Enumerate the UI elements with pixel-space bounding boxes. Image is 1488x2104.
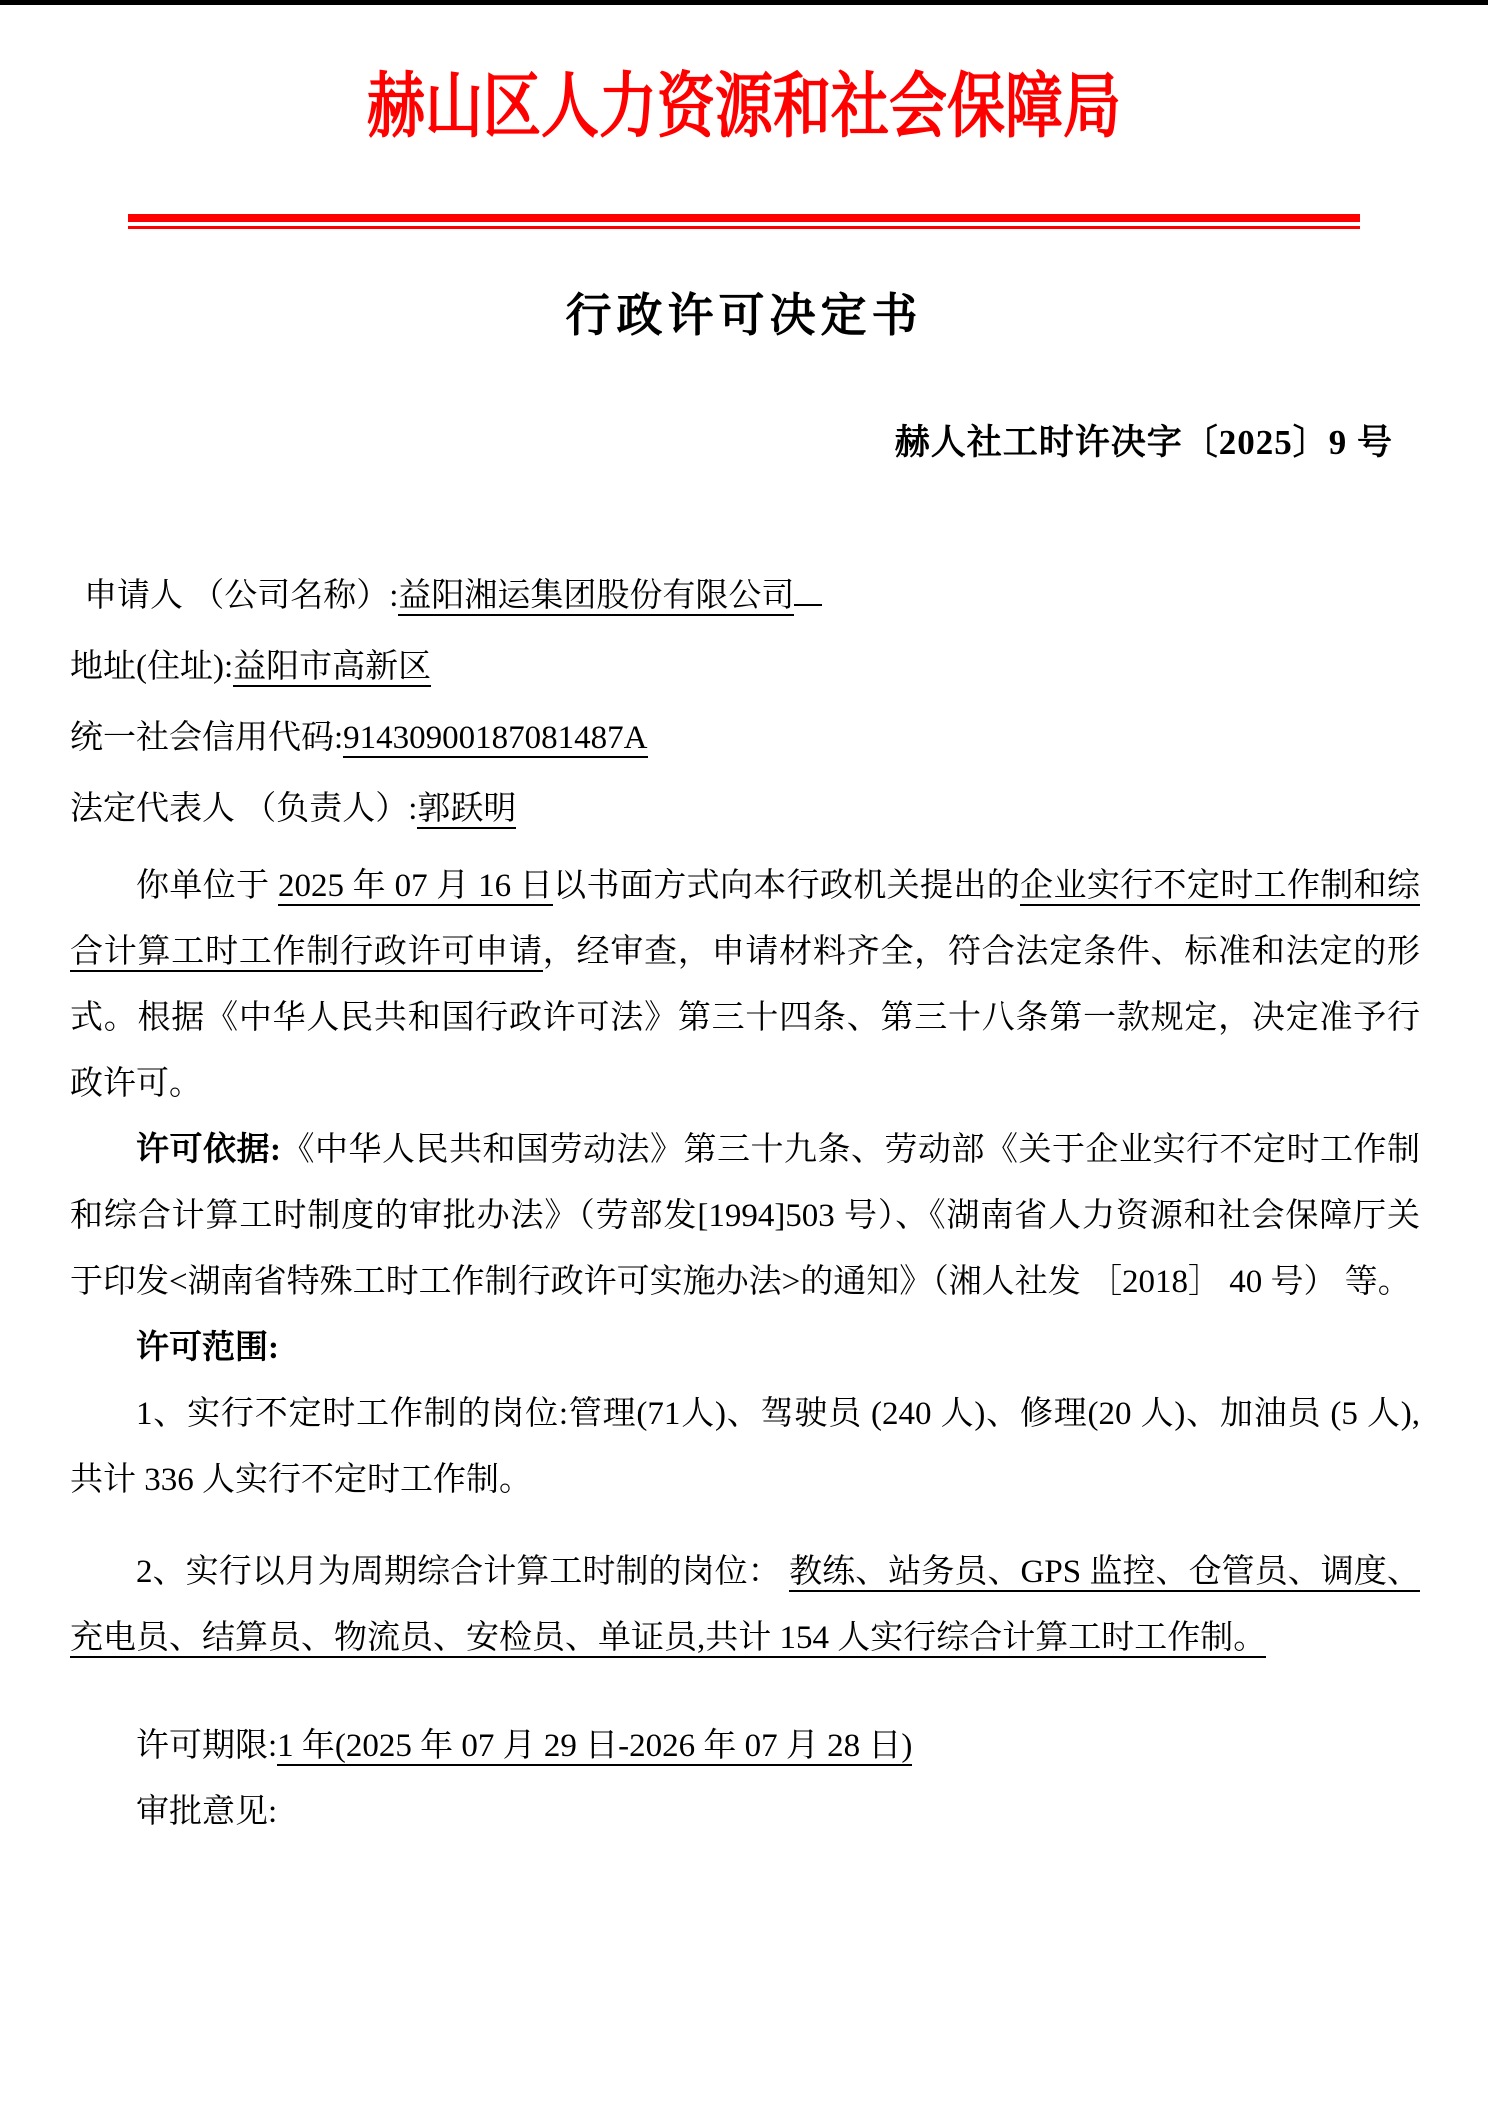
document-title: 行政许可决定书 xyxy=(0,279,1488,345)
application-text-1: 你单位于 xyxy=(136,868,278,904)
decision-body: 你单位于 2025 年 07 月 16 日以书面方式向本行政机关提出的企业实行不… xyxy=(70,853,1420,1845)
applicant-name-label: 申请人 （公司名称）: xyxy=(84,578,398,614)
legal-representative-value: 郭跃明 xyxy=(417,791,516,829)
applicant-info-block: 申请人 （公司名称）:益阳湘运集团股份有限公司 地址(住址):益阳市高新区 统一… xyxy=(70,561,1420,845)
scope-item-2-text: 2、实行以月为周期综合计算工时制的岗位： xyxy=(136,1554,789,1590)
applicant-address-value: 益阳市高新区 xyxy=(233,649,431,687)
license-term-label: 许可期限: xyxy=(136,1728,277,1764)
applicant-address-line: 地址(住址):益阳市高新区 xyxy=(70,632,1420,703)
legal-representative-label: 法定代表人 （负责人）: xyxy=(70,791,417,827)
page-top-border xyxy=(0,0,1488,5)
applicant-address-label: 地址(住址): xyxy=(70,649,233,685)
license-scope-heading: 许可范围: xyxy=(70,1315,1420,1381)
applicant-name-underline-extension xyxy=(794,575,822,607)
license-term-value-underlined: 1 年(2025 年 07 月 29 日-2026 年 07 月 28 日) xyxy=(277,1728,912,1766)
credit-code-label: 统一社会信用代码: xyxy=(70,720,343,756)
legal-representative-line: 法定代表人 （负责人）:郭跃明 xyxy=(70,774,1420,845)
application-paragraph: 你单位于 2025 年 07 月 16 日以书面方式向本行政机关提出的企业实行不… xyxy=(70,853,1420,1117)
scope-item-1: 1、实行不定时工作制的岗位:管理(71人)、驾驶员 (240 人)、修理(20 … xyxy=(70,1381,1420,1513)
application-date-underlined: 2025 年 07 月 16 日 xyxy=(278,868,553,906)
approval-opinion-line: 审批意见: xyxy=(70,1779,1420,1845)
issuing-authority-title: 赫山区人力资源和社会保障局 xyxy=(0,61,1488,153)
license-scope-label: 许可范围: xyxy=(136,1330,279,1366)
license-basis-paragraph: 许可依据:《中华人民共和国劳动法》第三十九条、劳动部《关于企业实行不定时工作制和… xyxy=(70,1117,1420,1315)
credit-code-line: 统一社会信用代码:91430900187081487A xyxy=(70,703,1420,774)
applicant-name-line: 申请人 （公司名称）:益阳湘运集团股份有限公司 xyxy=(70,561,1420,632)
application-text-2: 以书面方式向本行政机关提出的 xyxy=(553,868,1020,904)
red-divider-thin-line xyxy=(128,226,1360,229)
scope-item-1-text: 1、实行不定时工作制的岗位:管理(71人)、驾驶员 (240 人)、修理(20 … xyxy=(70,1396,1420,1498)
approval-opinion-label: 审批意见: xyxy=(136,1794,277,1830)
credit-code-value: 91430900187081487A xyxy=(343,720,647,758)
document-reference-number: 赫人社工时许决字〔2025〕9 号 xyxy=(0,415,1488,465)
license-basis-label: 许可依据: xyxy=(136,1132,281,1168)
red-divider-thick-line xyxy=(128,214,1360,222)
red-divider-rule xyxy=(128,214,1360,229)
license-term-line: 许可期限:1 年(2025 年 07 月 29 日-2026 年 07 月 28… xyxy=(70,1713,1420,1779)
scope-item-2: 2、实行以月为周期综合计算工时制的岗位： 教练、站务员、GPS 监控、仓管员、调… xyxy=(70,1539,1420,1671)
document-page: 赫山区人力资源和社会保障局 行政许可决定书 赫人社工时许决字〔2025〕9 号 … xyxy=(0,0,1488,2104)
applicant-name-value: 益阳湘运集团股份有限公司 xyxy=(398,578,794,616)
